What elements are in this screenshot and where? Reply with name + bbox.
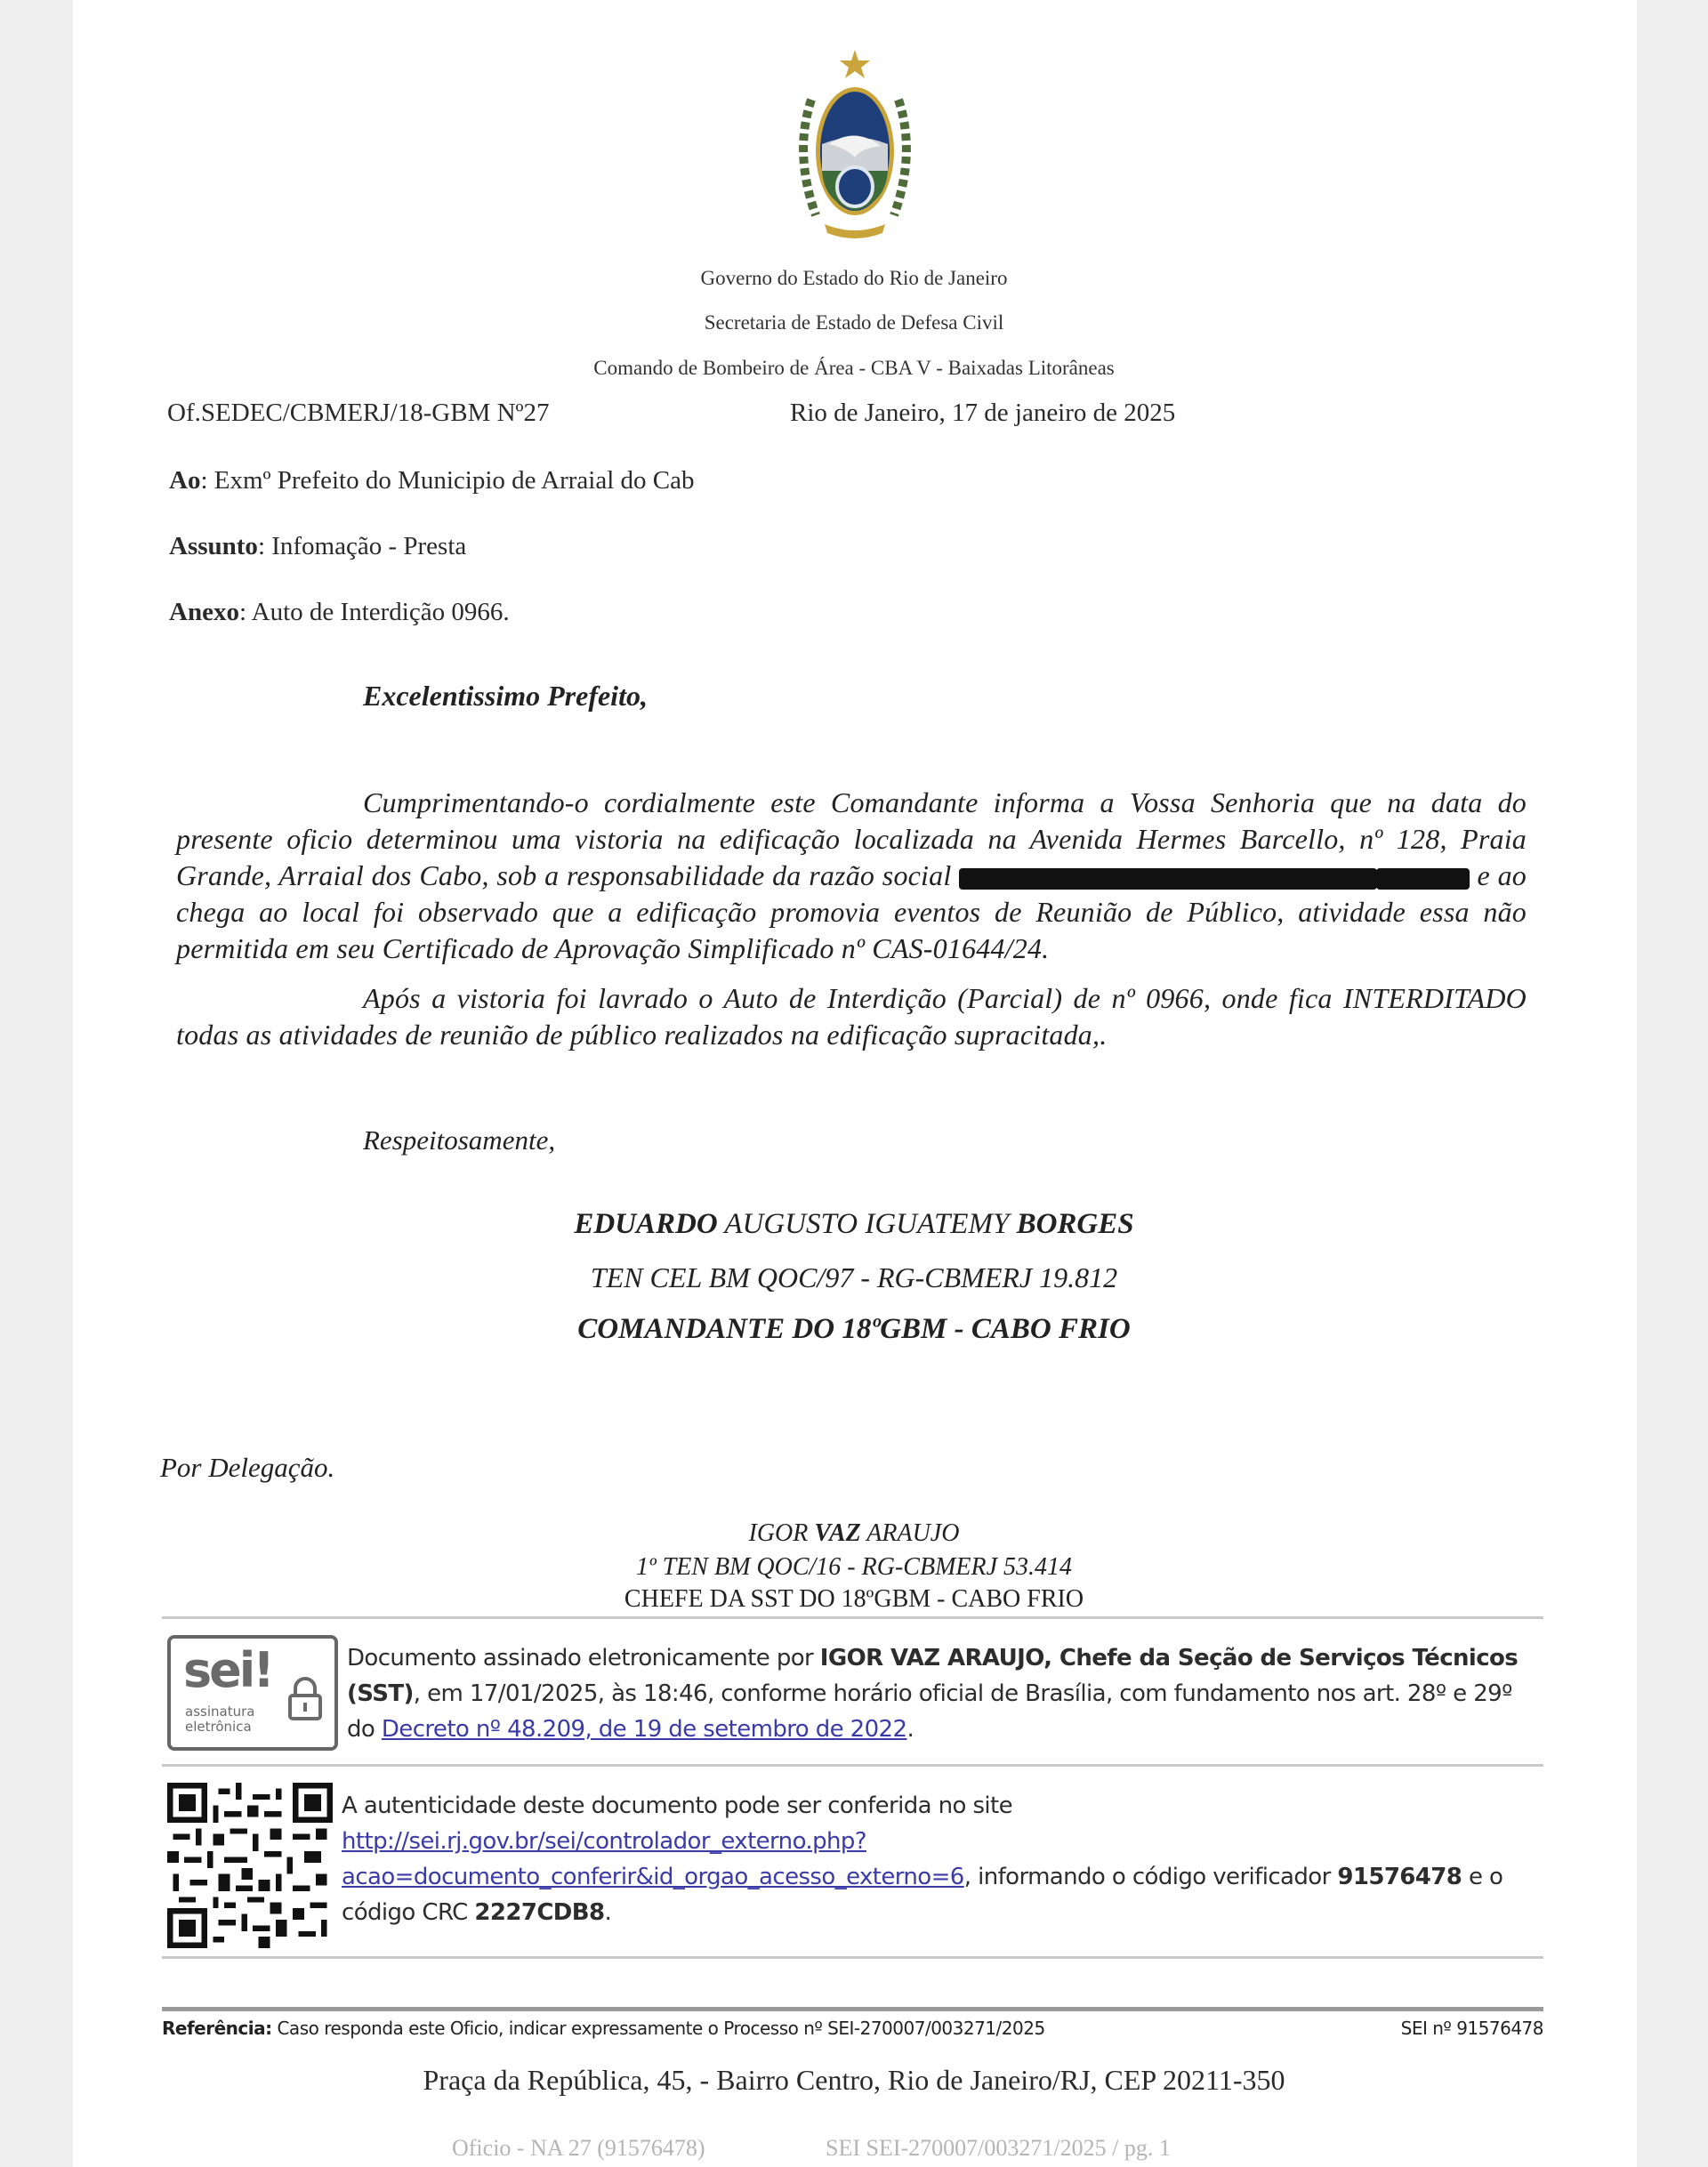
reference-number: Of.SEDEC/CBMERJ/18-GBM Nº27 xyxy=(167,399,550,428)
signatory1-rank: TEN CEL BM QOC/97 - RG-CBMERJ 19.812 xyxy=(0,1261,1708,1294)
field-assunto: Assunto: Infomação - Presta xyxy=(169,532,466,561)
delegation-note: Por Delegação. xyxy=(160,1452,334,1484)
header-command: Comando de Bombeiro de Área - CBA V - Ba… xyxy=(0,357,1708,380)
header-secretariat: Secretaria de Estado de Defesa Civil xyxy=(0,311,1708,334)
page-footer-left: Oficio - NA 27 (91576478) xyxy=(452,2135,705,2162)
field-assunto-label: Assunto xyxy=(169,532,258,560)
field-anexo: Anexo: Auto de Interdição 0966. xyxy=(169,598,510,627)
page-footer-right: SEI SEI-270007/003271/2025 / pg. 1 xyxy=(826,2135,1171,2162)
footer-ref-label: Referência: xyxy=(162,2018,272,2039)
state-coat-of-arms-icon xyxy=(776,46,934,244)
closing: Respeitosamente, xyxy=(363,1124,555,1156)
esig-signer: IGOR VAZ ARAUJO xyxy=(820,1645,1043,1672)
signatory1-last: BORGES xyxy=(1017,1208,1134,1240)
auth-prefix: A autenticidade deste documento pode ser… xyxy=(342,1792,1012,1819)
electronic-signature-text: Documento assinado eletronicamente por I… xyxy=(347,1640,1543,1747)
footer-reference: Referência: Caso responda este Oficio, i… xyxy=(162,2018,1543,2039)
signatory2-first: IGOR xyxy=(749,1519,815,1547)
sei-logo-sub: assinatura eletrônica xyxy=(185,1704,254,1735)
signatory2-role: CHEFE DA SST DO 18ºGBM - CABO FRIO xyxy=(0,1585,1708,1614)
verification-url-line1[interactable]: http://sei.rj.gov.br/sei/controlador_ext… xyxy=(342,1828,866,1855)
header-government: Governo do Estado do Rio de Janeiro xyxy=(0,267,1708,290)
qr-code-icon xyxy=(167,1783,333,1948)
signatory1-middle: AUGUSTO IGUATEMY xyxy=(718,1208,1017,1240)
redacted-company-name xyxy=(959,868,1377,890)
signatory2-middle: VAZ xyxy=(814,1519,860,1547)
body-p2-text: Após a vistoria foi lavrado o Auto de In… xyxy=(176,982,1527,1051)
field-anexo-value: : Auto de Interdição 0966. xyxy=(239,598,510,626)
place-date: Rio de Janeiro, 17 de janeiro de 2025 xyxy=(790,399,1175,428)
footer-address: Praça da República, 45, - Bairro Centro,… xyxy=(0,2064,1708,2097)
sei-logo-sub2: eletrônica xyxy=(185,1720,254,1735)
verification-url-line2[interactable]: acao=documento_conferir&id_orgao_acesso_… xyxy=(342,1864,964,1890)
footer-divider xyxy=(162,2007,1543,2011)
esig-suffix: . xyxy=(906,1716,914,1743)
footer-ref-text: Caso responda este Oficio, indicar expre… xyxy=(272,2018,1045,2039)
field-ao-label: Ao xyxy=(169,466,200,495)
divider xyxy=(162,1764,1543,1767)
field-ao-value: : Exmº Prefeito do Municipio de Arraial … xyxy=(200,466,694,495)
divider xyxy=(162,1616,1543,1619)
salutation: Excelentissimo Prefeito, xyxy=(363,680,648,713)
redacted-company-name-cont xyxy=(1376,868,1470,890)
signatory2-last: ARAUJO xyxy=(861,1519,960,1547)
signatory1-first: EDUARDO xyxy=(574,1208,717,1240)
auth-end: . xyxy=(605,1899,612,1926)
body-paragraph-1: Cumprimentando-o cordialmente este Coman… xyxy=(176,785,1527,967)
signatory2-rank: 1º TEN BM QOC/16 - RG-CBMERJ 53.414 xyxy=(0,1553,1708,1582)
auth-middle: , informando o código verificador xyxy=(964,1864,1338,1890)
field-assunto-value: : Infomação - Presta xyxy=(258,532,466,560)
footer-sei-number: SEI nº 91576478 xyxy=(1401,2018,1543,2039)
crc-code: 2227CDB8 xyxy=(474,1899,604,1926)
field-ao: Ao: Exmº Prefeito do Municipio de Arraia… xyxy=(169,466,695,495)
divider xyxy=(162,1956,1543,1959)
sei-logo-sub1: assinatura xyxy=(185,1704,254,1720)
decree-link[interactable]: Decreto nº 48.209, de 19 de setembro de … xyxy=(382,1716,907,1743)
signatory1-name: EDUARDO AUGUSTO IGUATEMY BORGES xyxy=(0,1208,1708,1241)
field-anexo-label: Anexo xyxy=(169,598,239,626)
signatory2-name: IGOR VAZ ARAUJO xyxy=(0,1519,1708,1548)
authenticity-text: A autenticidade deste documento pode ser… xyxy=(342,1788,1538,1930)
sei-logo-word: sei! xyxy=(183,1642,272,1698)
esig-prefix: Documento assinado eletronicamente por xyxy=(347,1645,820,1672)
signatory1-role: COMANDANTE DO 18ºGBM - CABO FRIO xyxy=(0,1313,1708,1346)
verifier-code: 91576478 xyxy=(1337,1864,1462,1890)
padlock-icon xyxy=(286,1676,324,1722)
sei-signature-logo: sei! assinatura eletrônica xyxy=(167,1635,338,1751)
body-paragraph-2: Após a vistoria foi lavrado o Auto de In… xyxy=(176,980,1527,1053)
